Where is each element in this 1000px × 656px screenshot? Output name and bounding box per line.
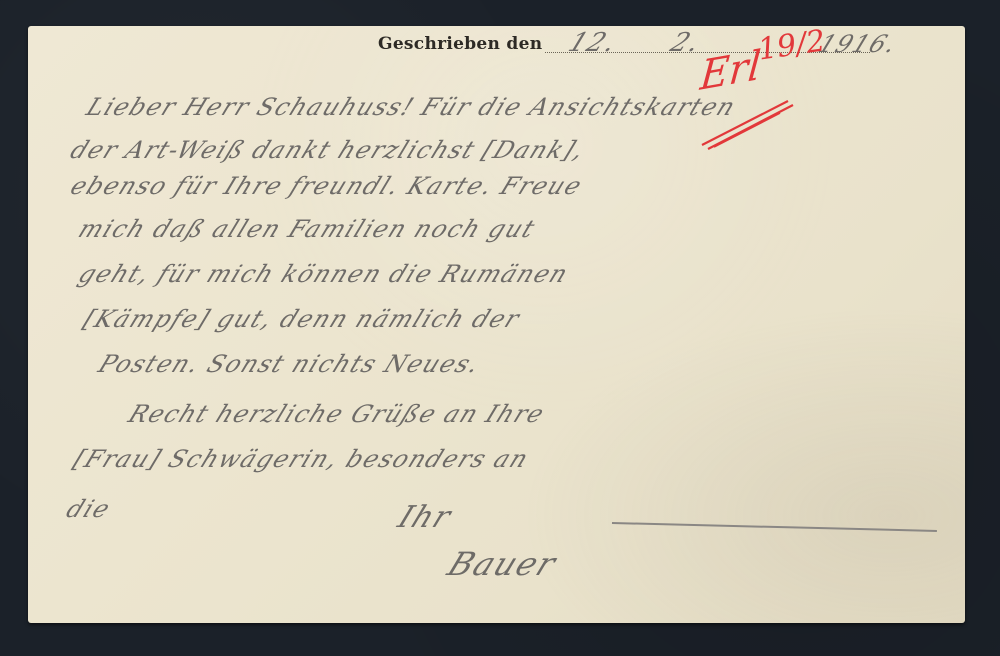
handwritten-line-6: [Kämpfe] gut, denn nämlich der: [79, 305, 524, 333]
handwritten-line-2: der Art-Weiß dankt herzlichst [Dank],: [66, 136, 589, 164]
handwritten-line-8: Recht herzliche Grüße an Ihre: [124, 400, 549, 428]
handwritten-line-5: geht, für mich können die Rumänen: [74, 260, 573, 288]
signature: Bauer: [442, 545, 562, 583]
printed-header: Geschrieben den: [378, 34, 542, 54]
date-year: 1916.: [814, 30, 902, 58]
handwritten-line-4: mich daß allen Familien noch gut: [74, 215, 540, 243]
handwritten-line-7: Posten. Sonst nichts Neues.: [94, 350, 485, 378]
handwritten-line-1: Lieber Herr Schauhuss! Für die Ansichtsk…: [82, 93, 740, 121]
handwritten-line-3: ebenso für Ihre freundl. Karte. Freue: [66, 172, 587, 200]
handwritten-line-9: [Frau] Schwägerin, besonders an: [69, 445, 533, 473]
